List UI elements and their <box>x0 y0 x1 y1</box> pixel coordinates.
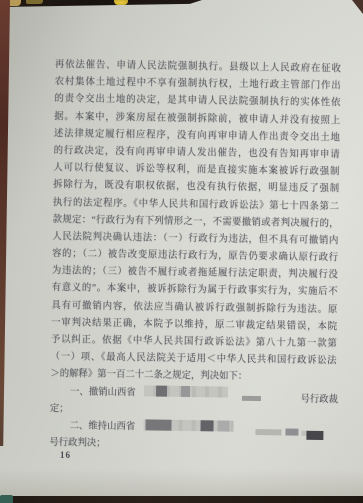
paper-shadow <box>0 469 363 497</box>
judgment-text: 再依法催告、申请人民法院强制执行。县级以上人民政府在征收 农村集体土地过程中不享… <box>49 57 341 457</box>
redaction-mosaic <box>143 419 233 431</box>
redaction-mosaic <box>144 385 228 397</box>
photo-frame: 再依法催告、申请人民法院强制执行。县级以上人民政府在征收 农村集体土地过程中不享… <box>0 0 363 503</box>
page-number: 16 <box>60 450 71 460</box>
redaction-mosaic <box>255 429 281 435</box>
background-object <box>26 0 43 4</box>
redaction-mosaic <box>285 428 298 435</box>
redaction-mosaic <box>306 431 323 440</box>
redaction-mosaic <box>242 395 261 400</box>
item-1-case-suffix: 号行政裁 <box>300 391 338 409</box>
desk-surface-bottom <box>0 496 363 503</box>
background-object <box>114 0 128 5</box>
item-2-text: 二、维持山西省 <box>49 421 135 432</box>
background-object <box>0 495 13 503</box>
item-1-text: 一、撤销山西省 <box>50 387 136 398</box>
